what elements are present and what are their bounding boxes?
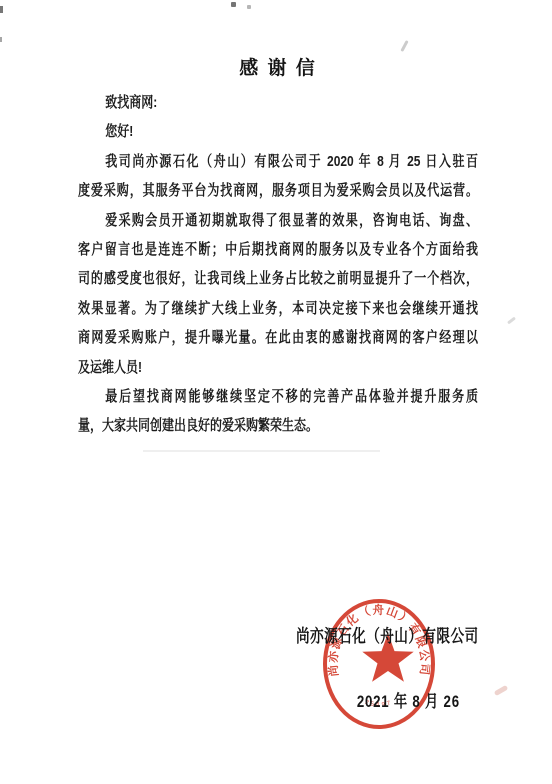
body-line-10: 量，大家共同创建出良好的爱采购繁荣生态。 (78, 411, 478, 440)
letter-page: 感 谢 信 致找商网: 您好! 我司尚亦源石化（舟山）有限公司于 2020 年 … (0, 0, 552, 784)
body-line-2: 度爱采购，其服务平台为找商网，服务项目为爱采购会员以及代运营。 (78, 176, 478, 205)
body-line-3: 爱采购会员开通初期就取得了很显著的效果，咨询电话、询盘、 (78, 206, 478, 235)
body-line-7: 商网爱采购账户，提升曝光量。在此由衷的感谢找商网的客户经理以 (78, 323, 478, 352)
scan-speck (0, 6, 3, 13)
scan-speck (247, 5, 251, 9)
scan-speck (231, 2, 236, 7)
greeting-line: 您好! (78, 117, 478, 146)
scan-artifact (400, 40, 408, 52)
scan-artifact (494, 685, 509, 696)
body-line-1: 我司尚亦源石化（舟山）有限公司于 2020 年 8 月 25 日入驻百 (78, 147, 478, 176)
letter-title: 感 谢 信 (78, 56, 478, 82)
scan-artifact (507, 317, 516, 325)
body-line-4: 客户留言也是连连不断；中后期找商网的服务以及专业各个方面给我 (78, 235, 478, 264)
body-line-6: 效果显著。为了继续扩大线上业务，本司决定接下来也会继续开通找 (78, 294, 478, 323)
body-line-8: 及运维人员! (78, 353, 478, 382)
body-line-9: 最后望找商网能够继续坚定不移的完善产品体验并提升服务质 (78, 382, 478, 411)
scan-speck (0, 37, 2, 42)
letter-body: 致找商网: 您好! 我司尚亦源石化（舟山）有限公司于 2020 年 8 月 25… (78, 88, 478, 441)
salutation-line: 致找商网: (78, 88, 478, 117)
signature-date: 2021 年 8 月 26 (357, 687, 460, 712)
signature-block: 尚亦源石化（舟山）有限公司 2021 年 8 月 26 (296, 627, 491, 727)
scan-streak (143, 450, 380, 452)
body-line-5: 司的感受度也很好，让我司线上业务占比较之前明显提升了一个档次， (78, 264, 478, 293)
signature-company-name: 尚亦源石化（舟山）有限公司 (296, 627, 491, 646)
